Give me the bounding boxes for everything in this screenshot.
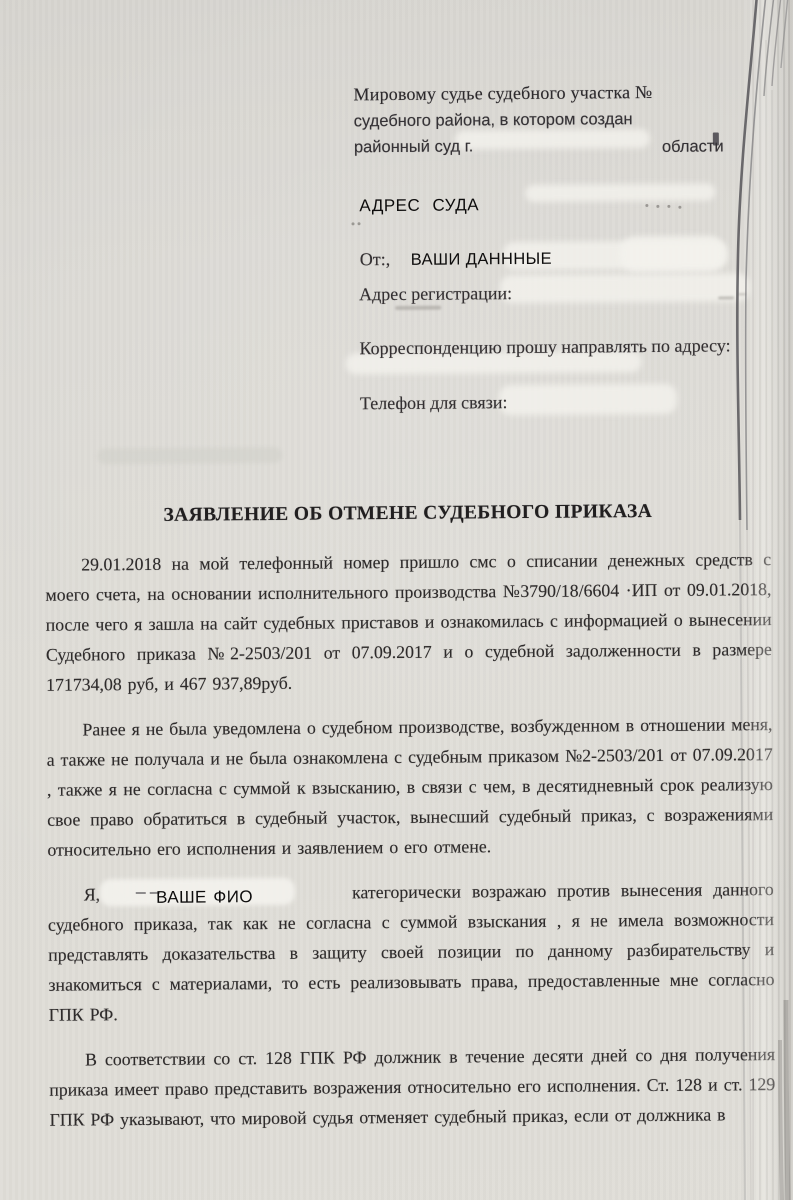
redaction-smudge-phone bbox=[499, 384, 677, 415]
from-line: От:, ВАШИ ДАНННЫЕ bbox=[360, 248, 552, 271]
document-body: 29.01.2018 на мой телефонный номер пришл… bbox=[45, 544, 776, 1150]
header-city-label: районный суд г. bbox=[354, 137, 474, 156]
header-city-line: районный суд г. области bbox=[354, 135, 734, 157]
paragraph-3-lead: Я, bbox=[84, 884, 100, 904]
paragraph-1: 29.01.2018 на мой телефонный номер пришл… bbox=[45, 544, 772, 700]
ghost-dashes-name bbox=[136, 892, 146, 894]
edge-bottom-shadow-1 bbox=[780, 1040, 782, 1200]
redacted-name-gap: ВАШЕ ФИО bbox=[100, 884, 352, 900]
page-edge-decoration bbox=[700, 0, 793, 1200]
ghost-mark-registration bbox=[395, 306, 441, 310]
registration-label: Адрес регистрации: bbox=[359, 283, 512, 305]
document-title: ЗАЯВЛЕНИЕ ОБ ОТМЕНЕ СУДЕБНОГО ПРИКАЗА bbox=[45, 500, 771, 528]
phone-label: Телефон для связи: bbox=[360, 392, 508, 414]
paragraph-2: Ранее я не была уведомлена о судебном пр… bbox=[46, 709, 773, 865]
applicant-data-annotation: ВАШИ ДАНННЫЕ bbox=[411, 250, 553, 269]
ghost-erased-text bbox=[97, 447, 282, 464]
applicant-name-annotation: ВАШЕ ФИО bbox=[156, 882, 253, 913]
redaction-smudge-court-address bbox=[525, 183, 715, 201]
paragraph-4: В соответствии со ст. 128 ГПК РФ должник… bbox=[49, 1039, 776, 1135]
court-address-annotation: АДРЕС СУДА bbox=[359, 195, 479, 216]
dot-artifacts bbox=[645, 204, 648, 207]
from-label: От:, bbox=[360, 249, 391, 269]
paragraph-3: Я,ВАШЕ ФИОкатегорически возражаю против … bbox=[48, 874, 775, 1030]
correspondence-label: Корреспонденцию прошу направлять по адре… bbox=[359, 335, 730, 359]
header-court-line: Мировому судье судебного участка № bbox=[353, 82, 652, 105]
header-district-line: судебного района, в котором создан bbox=[354, 110, 633, 131]
scanned-document-page: Мировому судье судебного участка № судеб… bbox=[0, 0, 793, 1200]
document-content: Мировому судье судебного участка № судеб… bbox=[0, 0, 793, 1200]
dot-artifacts-2 bbox=[352, 222, 355, 225]
edge-bottom-shadow-2 bbox=[786, 1000, 788, 1200]
